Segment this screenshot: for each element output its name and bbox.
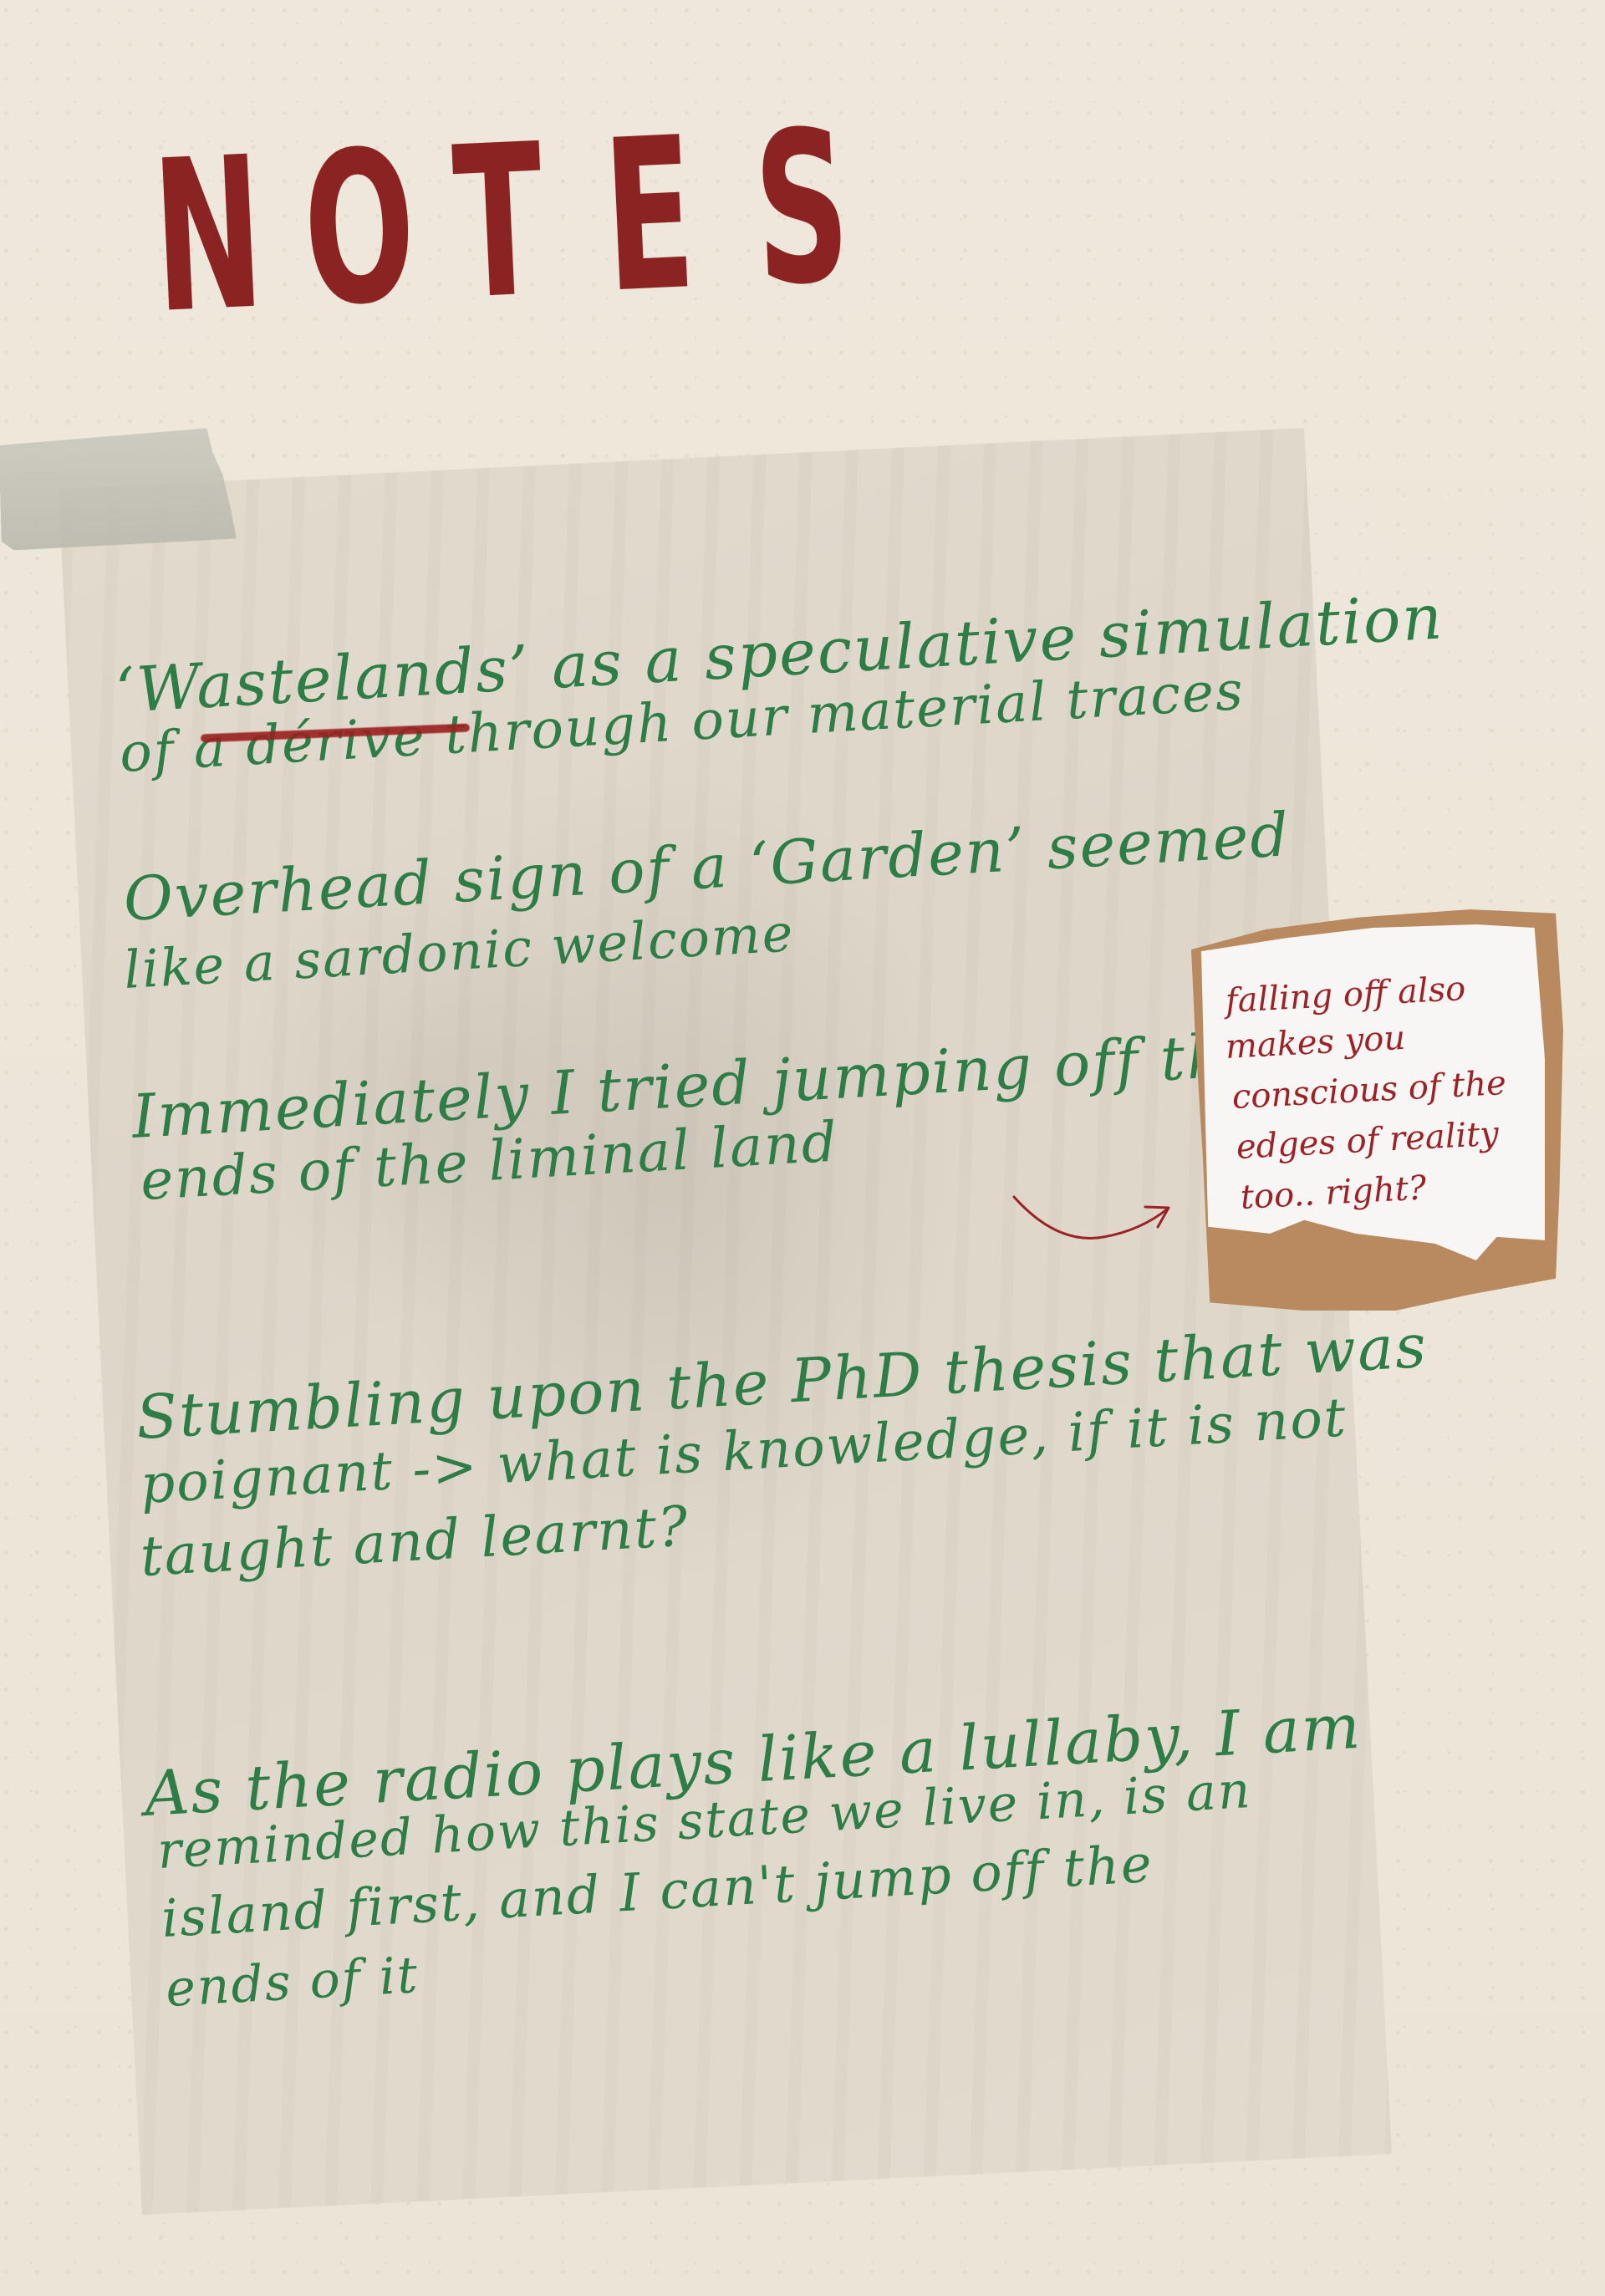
title-letter: S xyxy=(751,103,853,316)
title-letter: E xyxy=(600,109,703,323)
title-letter: O xyxy=(299,123,402,336)
note-5-line-4: ends of it xyxy=(165,1950,420,2014)
title-letter: T xyxy=(450,116,553,329)
title-letter: N xyxy=(150,130,252,343)
curved-arrow-icon xyxy=(1007,1187,1183,1254)
page-title: N O T E S xyxy=(150,99,910,343)
side-note-line-2: makes you xyxy=(1225,1021,1406,1064)
torn-cardboard-note: falling off also makes you conscious of … xyxy=(1191,909,1563,1311)
masking-tape-icon xyxy=(0,427,244,551)
side-note-line-5: too.. right? xyxy=(1240,1171,1427,1214)
